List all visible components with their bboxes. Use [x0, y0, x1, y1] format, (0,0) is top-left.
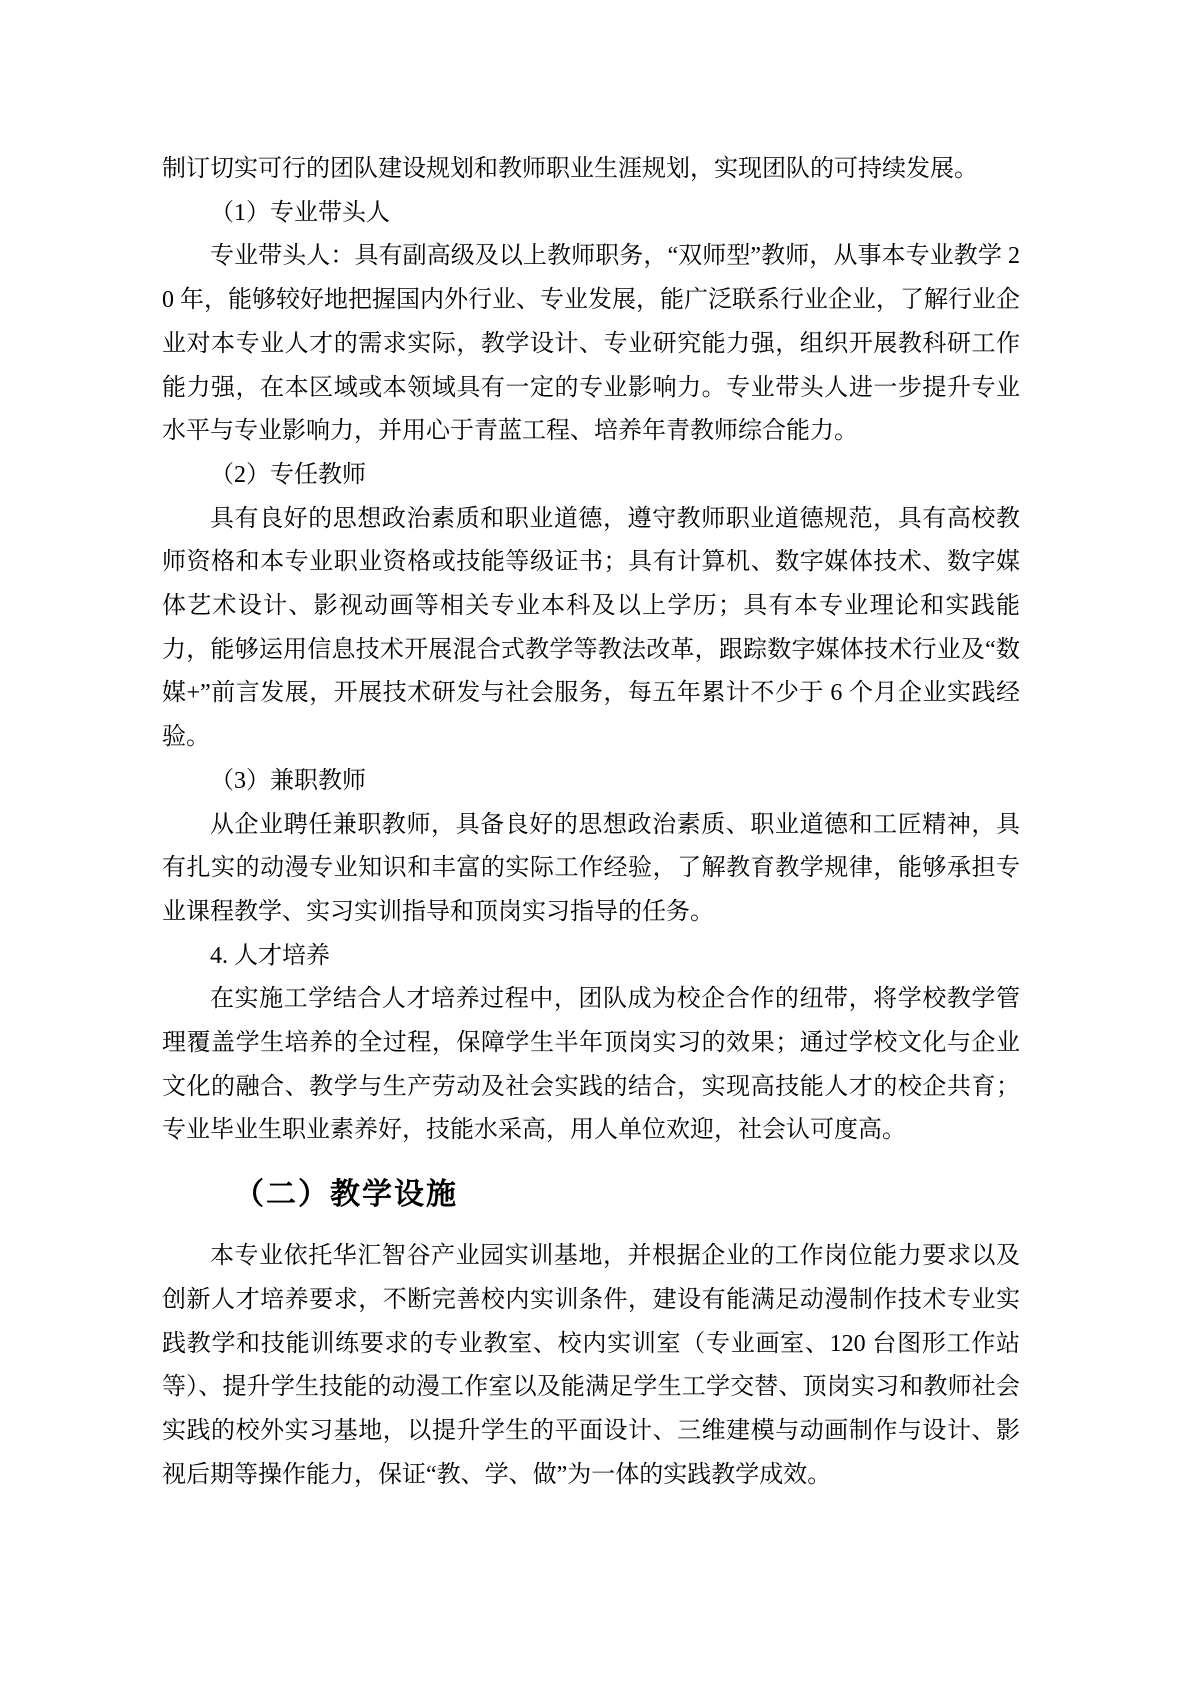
document-page: 制订切实可行的团队建设规划和教师职业生涯规划，实现团队的可持续发展。 （1）专业…	[0, 0, 1191, 1684]
paragraph-team-development-continuation: 制订切实可行的团队建设规划和教师职业生涯规划，实现团队的可持续发展。	[162, 148, 1020, 192]
paragraph-parttime-teachers-description: 从企业聘任兼职教师，具备良好的思想政治素质、职业道德和工匠精神，具有扎实的动漫专…	[162, 804, 1020, 935]
subheading-2-fulltime-teachers: （2）专任教师	[162, 454, 1020, 498]
subheading-4-talent-cultivation: 4. 人才培养	[162, 935, 1020, 979]
paragraph-talent-cultivation-description: 在实施工学结合人才培养过程中，团队成为校企合作的纽带，将学校教学管理覆盖学生培养…	[162, 978, 1020, 1153]
paragraph-fulltime-teachers-description: 具有良好的思想政治素质和职业道德，遵守教师职业道德规范，具有高校教师资格和本专业…	[162, 498, 1020, 760]
paragraph-teaching-facilities-description: 本专业依托华汇智谷产业园实训基地，并根据企业的工作岗位能力要求以及创新人才培养要…	[162, 1235, 1020, 1497]
subheading-1-professional-leader: （1）专业带头人	[162, 192, 1020, 236]
section-heading-teaching-facilities: （二）教学设施	[162, 1169, 1020, 1221]
paragraph-professional-leader-description: 专业带头人：具有副高级及以上教师职务，“双师型”教师，从事本专业教学 20 年，…	[162, 235, 1020, 454]
subheading-3-parttime-teachers: （3）兼职教师	[162, 760, 1020, 804]
